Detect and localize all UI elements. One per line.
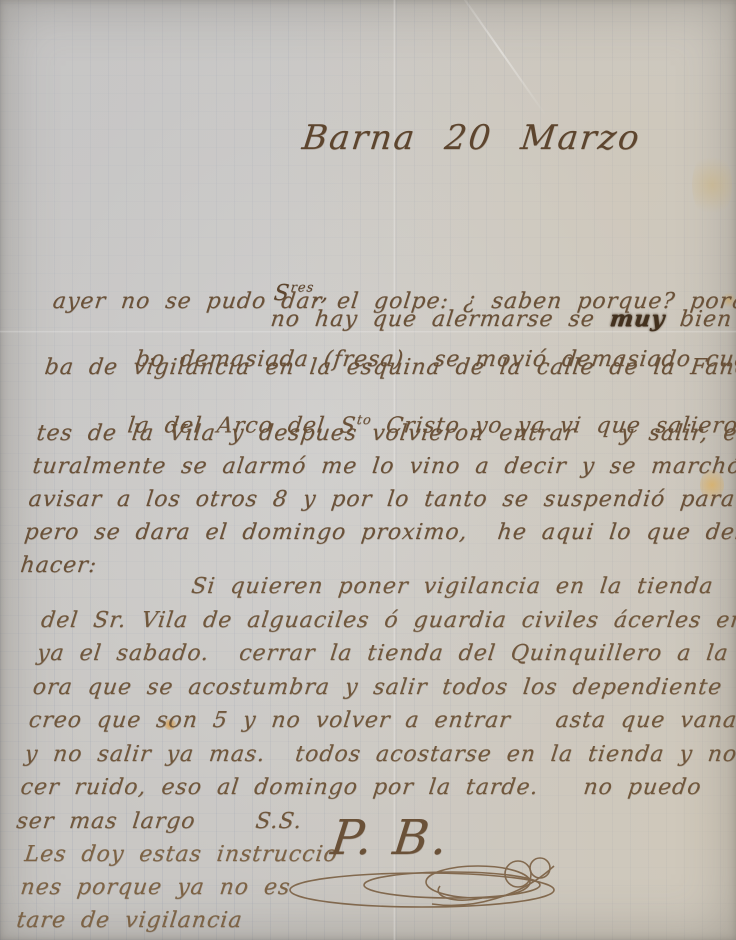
letter-line: cer ruido, eso al domingo por la tarde. … (18, 775, 736, 809)
letter-page: Barna 20 Marzo Sres,, no hay que alermar… (0, 0, 736, 940)
foxing-stain (692, 150, 732, 220)
letter-line: ya el sabado. cerrar la tienda del Quinq… (35, 641, 736, 675)
letter-line: Sres,, no hay que alermarse se muy bien … (54, 256, 736, 289)
letter-line: del Sr. Vila de alguaciles ó guardia civ… (39, 608, 736, 642)
letter-line: ora que se acostumbra y salir todos los … (30, 675, 736, 709)
letter-line: Si quieren poner vigilancia en la tienda (43, 574, 736, 608)
paragraph-1: Sres,, no hay que alermarse se muy bien … (18, 256, 736, 586)
paragraph-2: Si quieren poner vigilancia en la tienda… (14, 574, 736, 842)
signature-flourish (282, 852, 572, 924)
letter-line: pero se dara el domingo proximo, he aqui… (22, 520, 736, 553)
place-name: Barna (300, 118, 419, 158)
letter-line: ba de vigilancia en la esquina de la cal… (42, 355, 736, 388)
letter-line: creo que son 5 y no volver a entrar asta… (26, 708, 736, 742)
letter-line: turalmente se alarmó me lo vino a decir … (30, 454, 736, 487)
letter-line: tes de la Vila y despues volvieron entra… (34, 421, 736, 454)
letter-date: 20 Marzo (443, 118, 644, 158)
letter-line: y no salir ya mas. todos acostarse en la… (22, 742, 736, 776)
letter-line: avisar a los otros 8 y por lo tanto se s… (26, 487, 736, 520)
letter-line: la del Arco del Sto Cristo yo ya vi que … (38, 388, 736, 421)
diagonal-corner-crease (453, 0, 546, 116)
letter-heading: Barna 20 Marzo (300, 118, 643, 158)
